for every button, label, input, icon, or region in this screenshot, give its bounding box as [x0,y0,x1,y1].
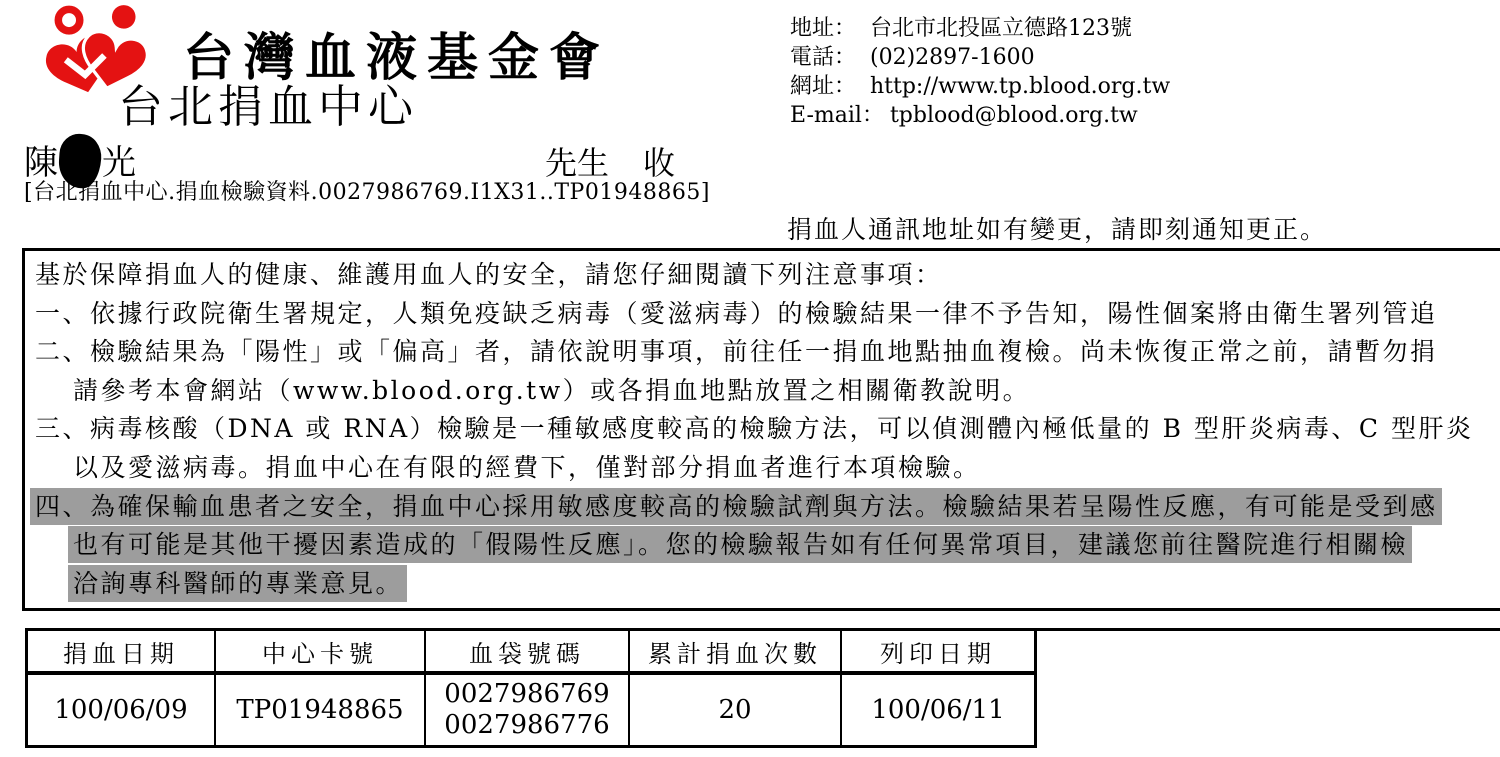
note-item-3: 三、病毒核酸（DNA 或 RNA）檢驗是一種敏感度較高的檢驗方法，可以偵測體內極… [35,410,1500,449]
bag-number-1: 0027986769 [426,679,628,710]
address-change-notice: 捐血人通訊地址如有變更，請即刻通知更正。 [787,210,1327,246]
cell-center-card-no: TP01948865 [215,673,425,747]
note-item-2: 二、檢驗結果為「陽性」或「偏高」者，請依說明事項，前往任一捐血地點抽血複檢。尚未… [35,333,1500,372]
address-value: 台北市北投區立德路123號 [870,16,1132,41]
note-item-1: 一、依據行政院衛生署規定，人類免疫缺乏病毒（愛滋病毒）的檢驗結果一律不予告知，陽… [35,295,1500,334]
note-item-4-end-highlighted: 洽詢專科醫師的專業意見。 [35,565,1500,604]
header-bag-number: 血袋號碼 [425,630,629,674]
cell-print-date: 100/06/11 [841,673,1036,747]
contact-address: 地址：台北市北投區立德路123號 [790,14,1170,43]
bag-number-2: 0027986776 [426,710,628,741]
website-label: 網址： [790,72,864,101]
note-item-3-continued: 以及愛滋病毒。捐血中心在有限的經費下，僅對部分捐血者進行本項檢驗。 [35,449,1500,488]
header-print-date: 列印日期 [841,630,1036,674]
header-center-card-no: 中心卡號 [215,630,425,674]
note-item-2-continued: 請參考本會網站（www.blood.org.tw）或各捐血地點放置之相關衛教說明… [35,372,1500,411]
phone-value: (02)2897-1600 [870,45,1035,70]
contact-email: E-mail：tpblood@blood.org.tw [790,101,1170,130]
note-item-4-highlighted: 四、為確保輸血患者之安全，捐血中心採用敏感度較高的檢驗試劑與方法。檢驗結果若呈陽… [35,488,1500,527]
table-row: 100/06/09 TP01948865 0027986769 00279867… [27,673,1036,747]
cell-cumulative-count: 20 [629,673,841,747]
phone-label: 電話： [790,43,864,72]
contact-website: 網址：http://www.tp.blood.org.tw [790,72,1170,101]
mailing-reference-code: [台北捐血中心.捐血檢驗資料.0027986769.I1X31..TP01948… [24,175,710,206]
contact-phone: 電話：(02)2897-1600 [790,43,1170,72]
header-cumulative-count: 累計捐血次數 [629,630,841,674]
address-label: 地址： [790,14,864,43]
note-item-4-continued-highlighted: 也有可能是其他干擾因素造成的「假陽性反應」。您的檢驗報告如有任何異常項目，建議您… [35,526,1500,565]
email-label: E-mail： [790,101,884,130]
center-name: 台北捐血中心 [118,70,418,135]
header-donation-date: 捐血日期 [27,630,216,674]
donation-summary-table: 捐血日期 中心卡號 血袋號碼 累計捐血次數 列印日期 100/06/09 TP0… [25,628,1037,748]
contact-block: 地址：台北市北投區立德路123號 電話：(02)2897-1600 網址：htt… [790,14,1170,130]
table-header-row: 捐血日期 中心卡號 血袋號碼 累計捐血次數 列印日期 [27,630,1036,674]
website-value: http://www.tp.blood.org.tw [870,74,1170,99]
notes-intro: 基於保障捐血人的健康、維護用血人的安全，請您仔細閱讀下列注意事項： [35,256,1500,295]
notice-box: 基於保障捐血人的健康、維護用血人的安全，請您仔細閱讀下列注意事項： 一、依據行政… [22,248,1500,611]
email-value: tpblood@blood.org.tw [890,103,1138,128]
table-top-rule-extension [1036,628,1500,631]
cell-bag-numbers: 0027986769 0027986776 [425,673,629,747]
cell-donation-date: 100/06/09 [27,673,216,747]
